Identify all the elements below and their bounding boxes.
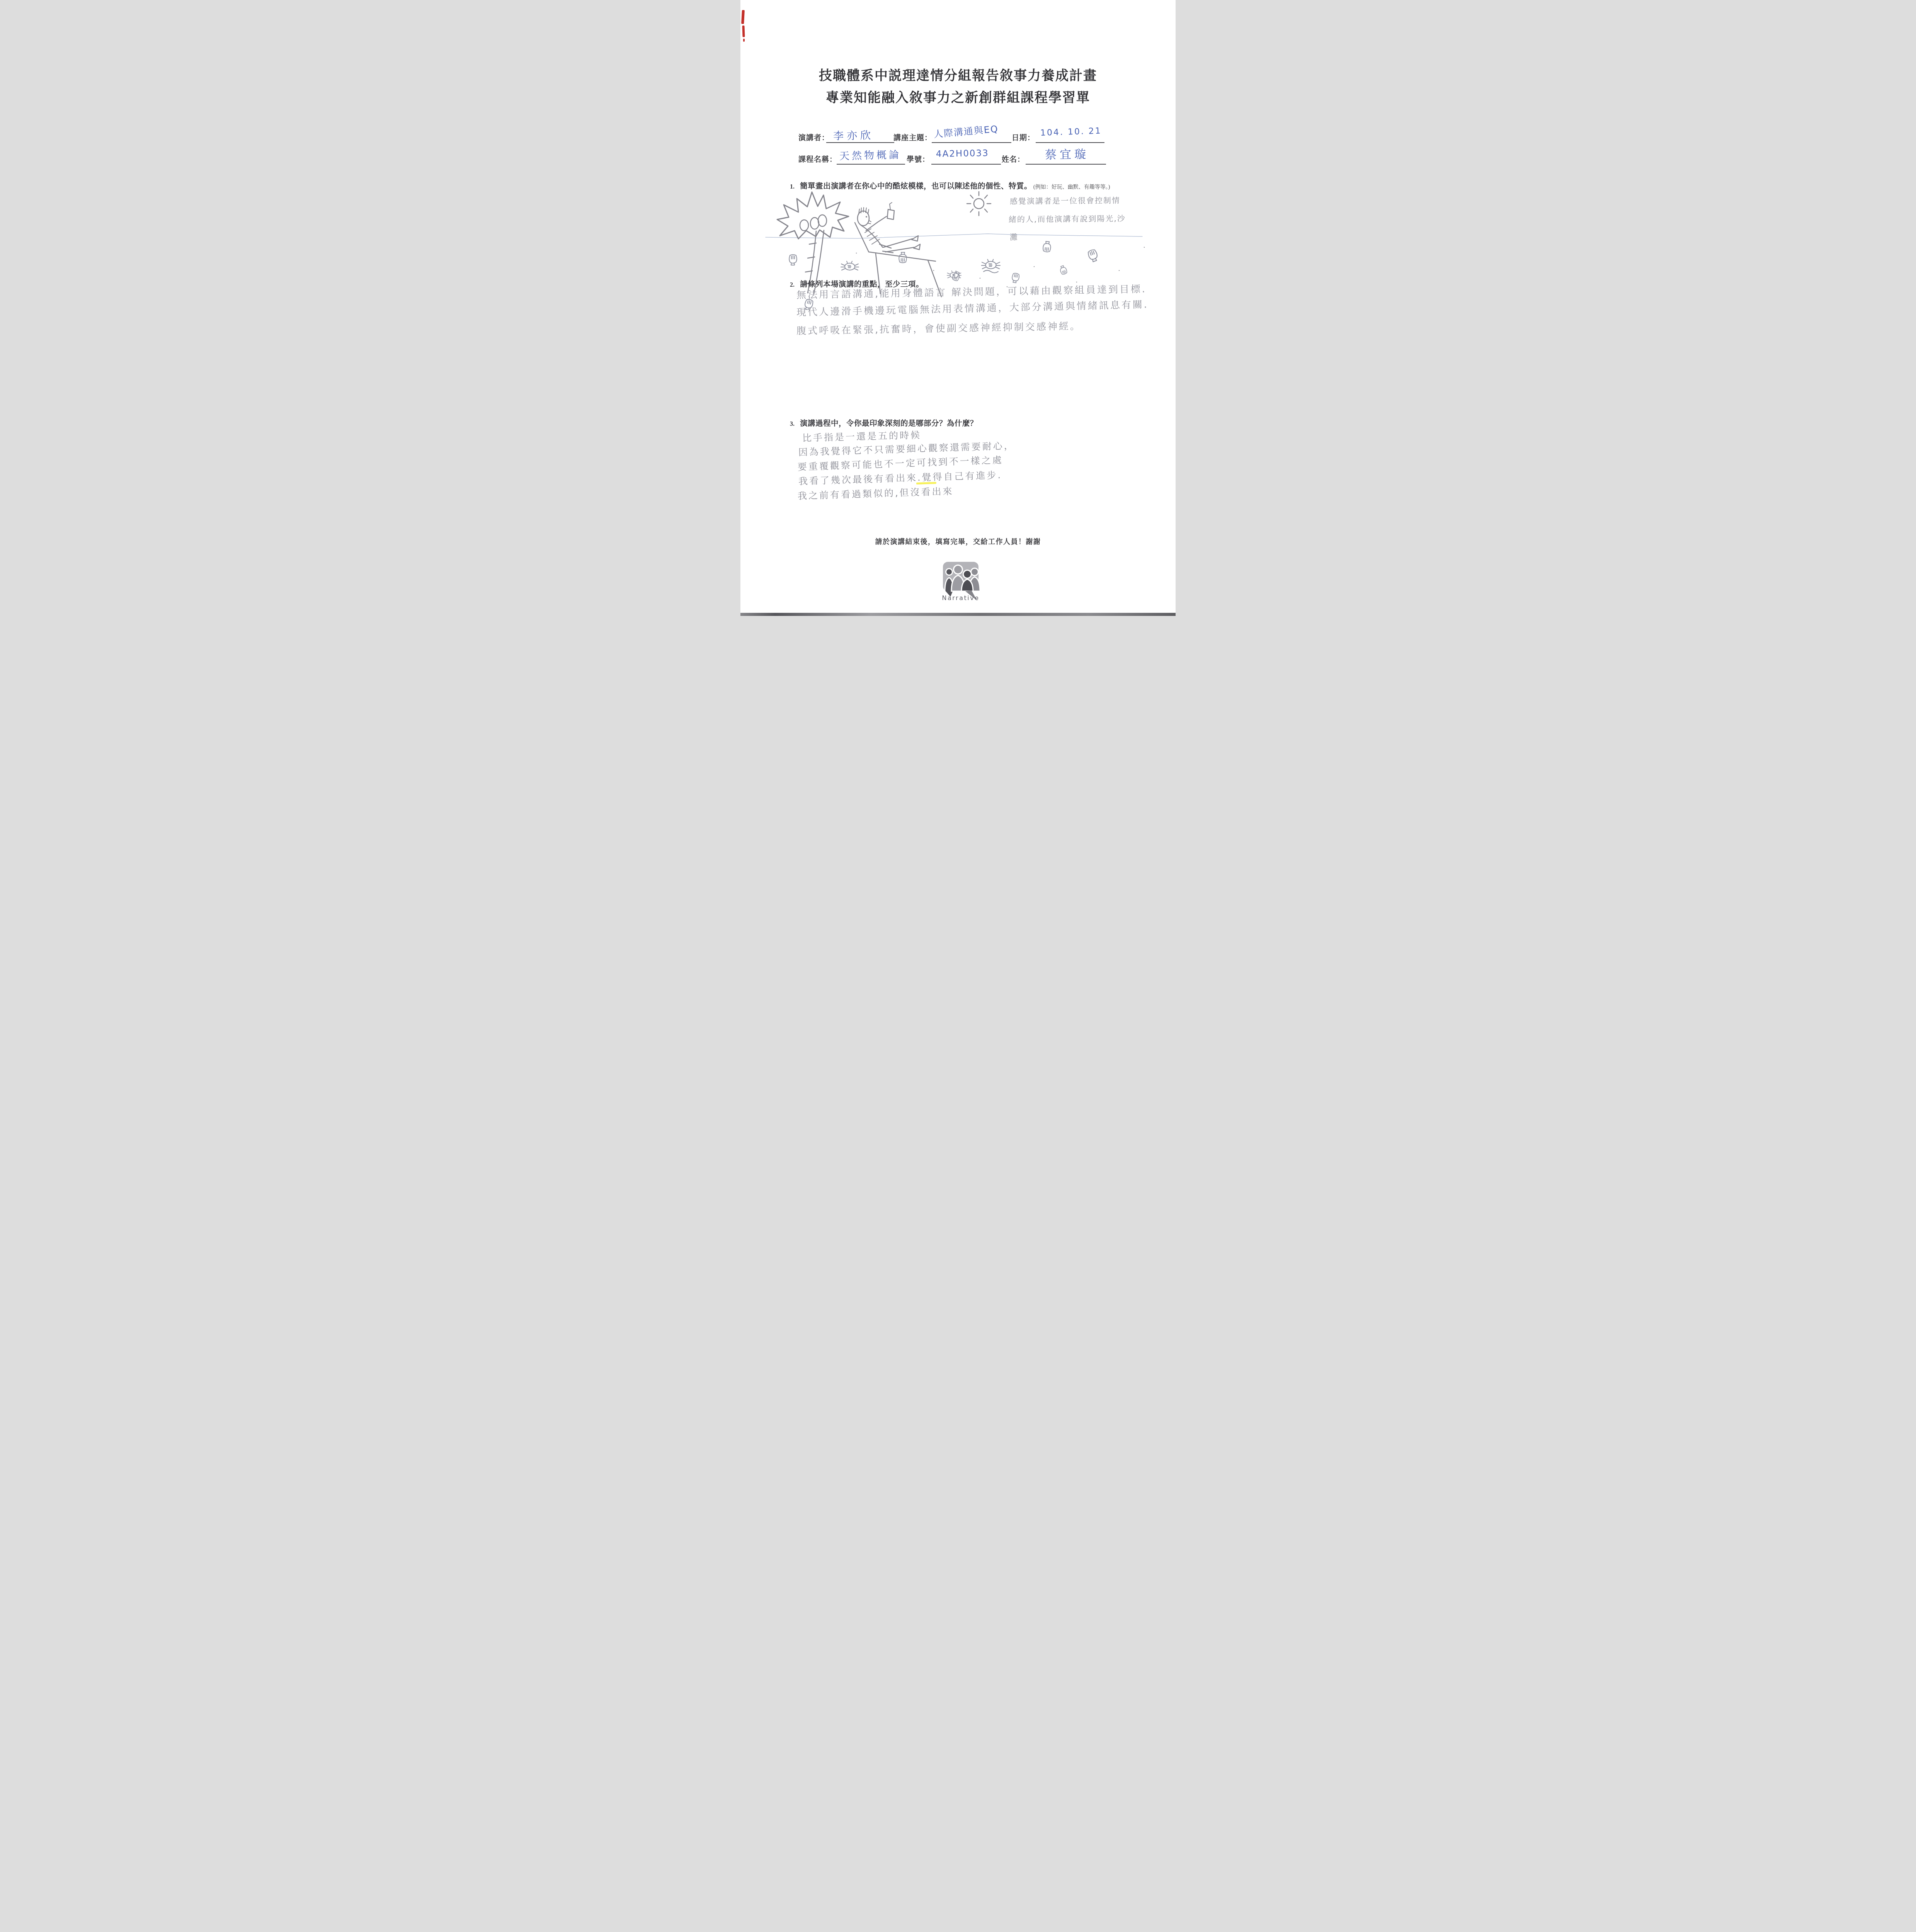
q1-note-line: 灘 <box>1010 231 1018 242</box>
question-3-prompt: 演講過程中，令你最印象深刻的是哪部分？為什麼？ <box>800 420 978 428</box>
scan-red-mark <box>741 10 745 24</box>
drink-with-straw <box>887 202 894 219</box>
course-label: 課程名稱： <box>798 154 837 164</box>
scan-edge-artifact <box>740 613 1176 616</box>
footer-instruction: 請於演講結束後，填寫完畢，交給工作人員！謝謝 <box>740 536 1176 546</box>
date-value-handwritten: 104. 10. 21 <box>1040 126 1102 138</box>
topic-label: 講座主題： <box>893 132 932 143</box>
page-title-line2: 專業知能融入敘事力之新創群組課程學習單 <box>740 87 1176 106</box>
question-2-number: 2. <box>790 282 795 288</box>
q1-note-line: 感覺演講者是一位很會控制情 <box>1010 194 1120 206</box>
course-underline <box>837 164 905 165</box>
people-silhouettes-icon <box>945 565 980 598</box>
page-title-line1: 技職體系中説理達情分組報告敘事力養成計畫 <box>740 65 1176 84</box>
speaker-label: 演講者： <box>798 132 829 143</box>
crab-icons <box>841 259 1000 278</box>
name-label: 姓名： <box>1002 154 1025 164</box>
topic-underline <box>932 142 1011 143</box>
coconuts <box>800 215 827 231</box>
topic-value-handwritten: 人際溝通與EQ <box>933 121 999 140</box>
question-3-number: 3. <box>790 421 795 427</box>
question-1: 1.簡單畫出演講者在你心中的酷炫模樣，也可以陳述他的個性、特質。 (例如：好玩、… <box>790 180 1110 191</box>
question-1-prompt: 簡單畫出演講者在你心中的酷炫模樣，也可以陳述他的個性、特質。 <box>800 182 1032 190</box>
q2-answer-line: 腹式呼吸在緊張,抗奮時，會使副交感神經抑制交感神經。 <box>796 318 1081 337</box>
name-underline <box>1026 164 1106 165</box>
date-label: 日期： <box>1012 132 1035 143</box>
student-id-underline <box>931 164 1001 165</box>
name-value-handwritten: 蔡宜璇 <box>1045 145 1089 162</box>
date-underline <box>1036 142 1104 143</box>
horizon-line <box>766 234 1142 238</box>
course-value-handwritten: 天然物概論 <box>839 147 902 163</box>
worksheet-page: 技職體系中説理達情分組報告敘事力養成計畫 專業知能融入敘事力之新創群組課程學習單… <box>740 0 1176 616</box>
scan-red-mark <box>743 39 745 42</box>
scan-red-mark <box>742 26 745 37</box>
speaker-value-handwritten: 李亦欣 <box>833 127 874 143</box>
student-id-value-handwritten: 4A2H0033 <box>936 148 989 159</box>
sun-icon <box>967 192 991 216</box>
q1-note-line: 緒的人,而他演講有說到陽光,沙 <box>1009 212 1126 224</box>
student-id-label: 學號： <box>907 154 930 164</box>
question-1-hint: (例如：好玩、幽默、有趣等等。) <box>1033 184 1110 190</box>
question-3: 3.演講過程中，令你最印象深刻的是哪部分？為什麼？ <box>790 417 978 428</box>
question-1-number: 1. <box>790 184 795 190</box>
logo-wordmark: Narrative <box>922 594 999 602</box>
